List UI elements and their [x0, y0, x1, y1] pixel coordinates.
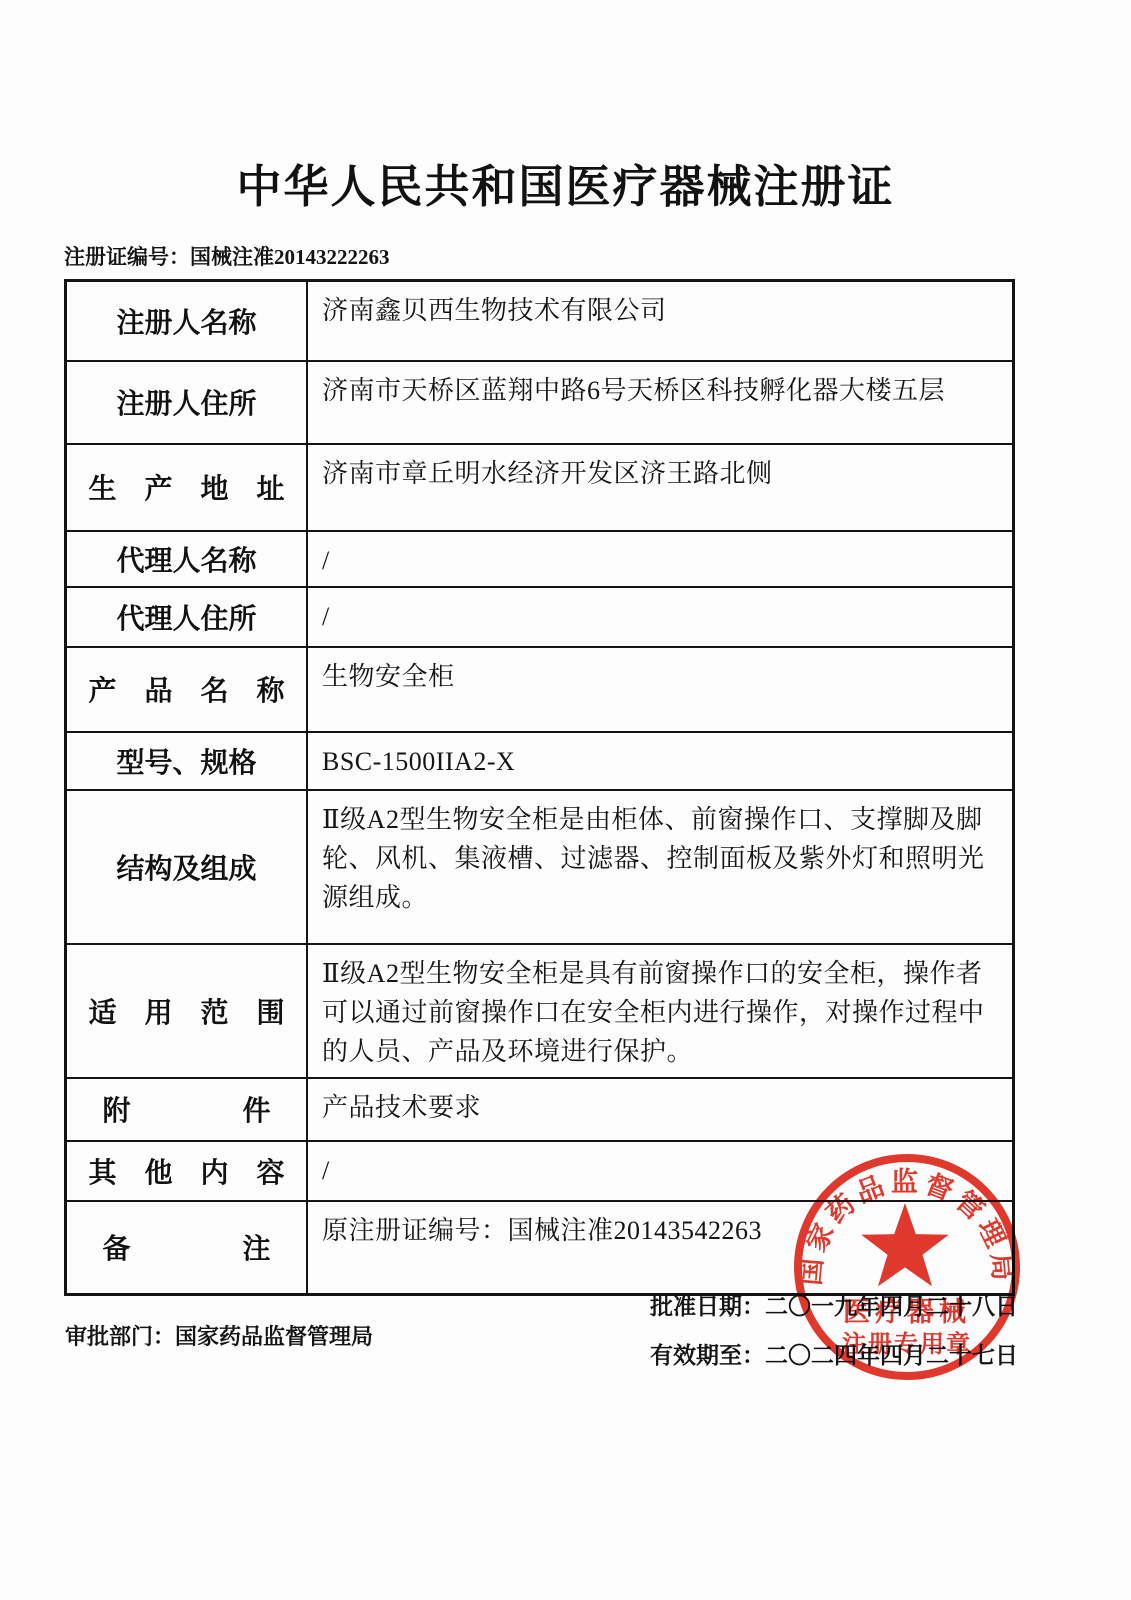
row-value-attachment: 产品技术要求 — [307, 1078, 1014, 1141]
row-value-registrant-name: 济南鑫贝西生物技术有限公司 — [307, 281, 1014, 361]
registration-number-line: 注册证编号：国械注准20143222263 — [64, 241, 390, 271]
table-row: 注册人名称济南鑫贝西生物技术有限公司 — [66, 281, 1014, 361]
row-label-remarks: 备 注 — [66, 1201, 308, 1295]
valid-until-label: 有效期至： — [650, 1342, 765, 1368]
stamp-star-icon — [861, 1203, 948, 1286]
table-row: 代理人名称/ — [66, 531, 1014, 587]
row-value-agent-name: / — [307, 531, 1014, 587]
certificate-table: 注册人名称济南鑫贝西生物技术有限公司 注册人住所济南市天桥区蓝翔中路6号天桥区科… — [64, 279, 1015, 1296]
registration-number-value: 国械注准20143222263 — [190, 245, 390, 269]
page-title: 中华人民共和国医疗器械注册证 — [0, 150, 1131, 215]
row-value-registrant-address: 济南市天桥区蓝翔中路6号天桥区科技孵化器大楼五层 — [307, 361, 1014, 444]
approval-department-line: 审批部门：国家药品监督管理局 — [65, 1320, 373, 1351]
table-row: 适 用 范 围Ⅱ级A2型生物安全柜是具有前窗操作口的安全柜，操作者可以通过前窗操… — [66, 944, 1014, 1078]
approval-department-value: 国家药品监督管理局 — [175, 1324, 373, 1349]
row-label-registrant-address: 注册人住所 — [66, 361, 308, 444]
row-value-structure: Ⅱ级A2型生物安全柜是由柜体、前窗操作口、支撑脚及脚轮、风机、集液槽、过滤器、控… — [307, 790, 1014, 944]
stamp-line1: 医疗器械 — [843, 1297, 971, 1327]
official-stamp: 国家药品监督管理局 医疗器械 注册专用章 — [789, 1149, 1025, 1385]
row-value-agent-address: / — [307, 587, 1014, 647]
registration-number-label: 注册证编号： — [64, 246, 190, 269]
row-value-production-address: 济南市章丘明水经济开发区济王路北侧 — [307, 444, 1014, 531]
row-value-model-spec: BSC-1500IIA2-X — [307, 732, 1014, 790]
table-row: 结构及组成Ⅱ级A2型生物安全柜是由柜体、前窗操作口、支撑脚及脚轮、风机、集液槽、… — [66, 790, 1014, 944]
row-label-attachment: 附 件 — [66, 1078, 308, 1141]
row-label-agent-name: 代理人名称 — [66, 531, 308, 587]
table-row: 产 品 名 称生物安全柜 — [66, 647, 1014, 732]
row-label-product-name: 产 品 名 称 — [66, 647, 308, 732]
table-row: 附 件产品技术要求 — [66, 1078, 1014, 1141]
approval-date-label: 批准日期： — [650, 1293, 765, 1319]
row-value-scope: Ⅱ级A2型生物安全柜是具有前窗操作口的安全柜，操作者可以通过前窗操作口在安全柜内… — [307, 944, 1014, 1078]
row-label-agent-address: 代理人住所 — [66, 587, 308, 647]
row-label-production-address: 生 产 地 址 — [66, 444, 308, 531]
table-row: 代理人住所/ — [66, 587, 1014, 647]
row-label-scope: 适 用 范 围 — [66, 944, 308, 1078]
row-label-model-spec: 型号、规格 — [66, 732, 308, 790]
table-row: 注册人住所济南市天桥区蓝翔中路6号天桥区科技孵化器大楼五层 — [66, 361, 1014, 444]
stamp-line2: 注册专用章 — [842, 1330, 972, 1358]
row-label-structure: 结构及组成 — [66, 790, 308, 944]
row-label-registrant-name: 注册人名称 — [66, 281, 308, 361]
row-value-product-name: 生物安全柜 — [307, 647, 1014, 732]
table-row: 生 产 地 址济南市章丘明水经济开发区济王路北侧 — [66, 444, 1014, 531]
row-label-other-content: 其 他 内 容 — [66, 1141, 308, 1201]
approval-department-label: 审批部门： — [65, 1324, 175, 1349]
certificate-page: 中华人民共和国医疗器械注册证 注册证编号：国械注准20143222263 注册人… — [0, 0, 1131, 1600]
table-row: 型号、规格BSC-1500IIA2-X — [66, 732, 1014, 790]
